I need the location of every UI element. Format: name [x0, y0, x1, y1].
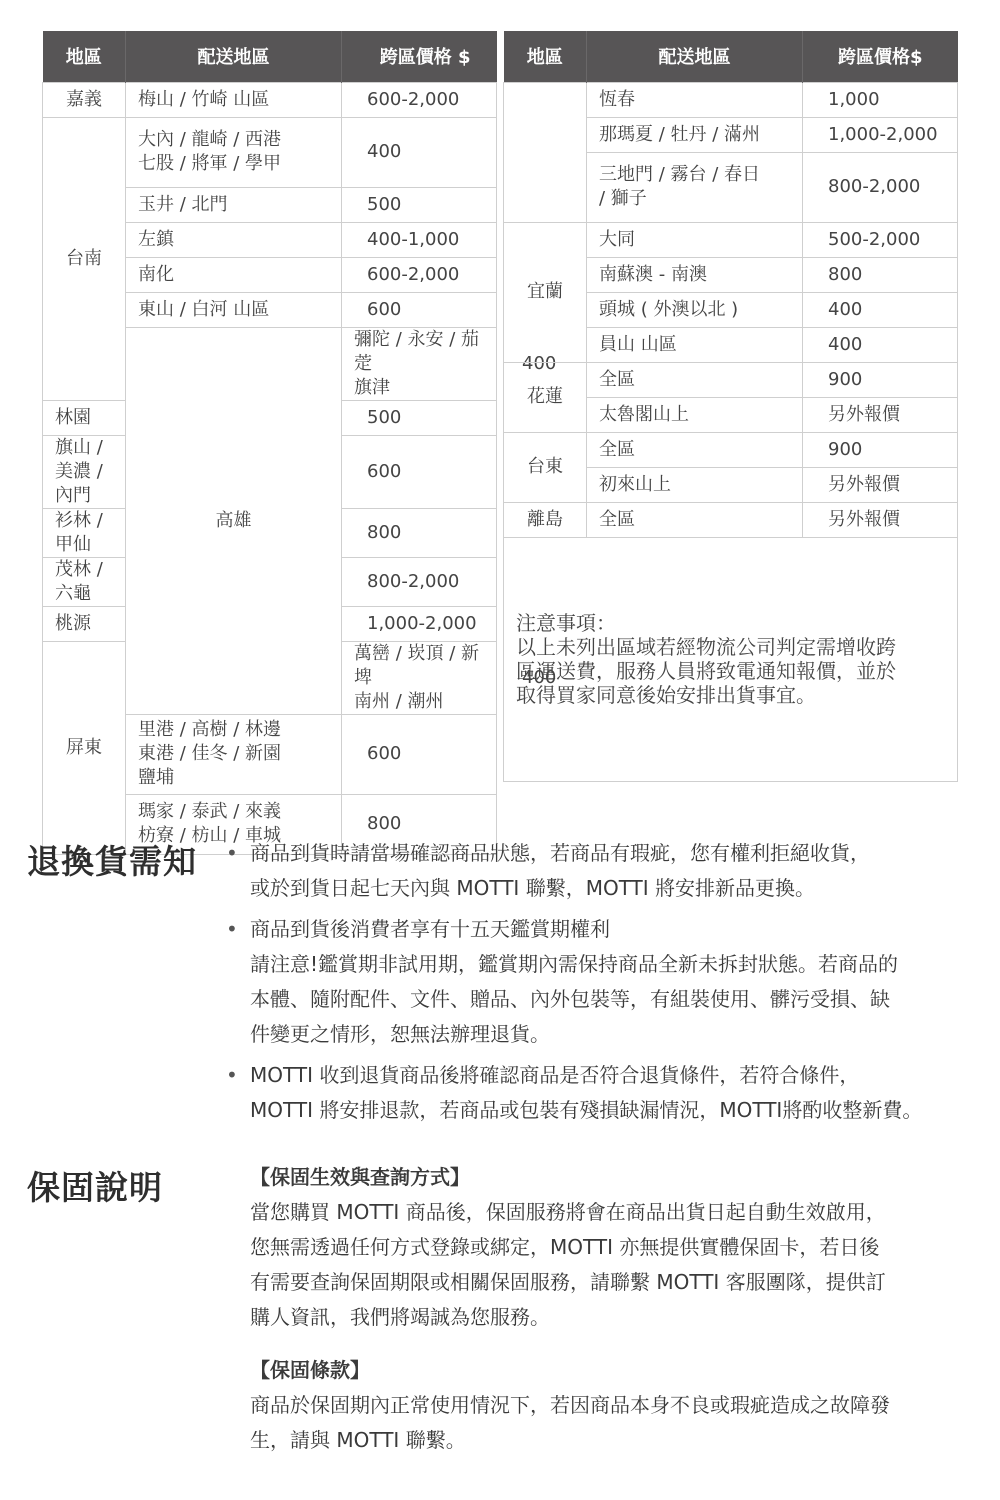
note-title: 注意事項： [516, 611, 945, 635]
warranty-line: 當您購買 MOTTI 商品後，保固服務將會在商品出貨日起自動生效啟用， [250, 1195, 970, 1230]
warranty-line: 您無需透過任何方式登錄或綁定，MOTTI 亦無提供實體保固卡，若日後 [250, 1230, 970, 1265]
price-cell: 900 [803, 362, 958, 397]
returns-line: 商品到貨時請當場確認商品狀態，若商品有瑕疵，您有權利拒絕收貨， [250, 836, 964, 871]
price-cell: 600 [342, 435, 497, 508]
price-cell: 500-2,000 [803, 222, 958, 257]
price-cell: 1,000 [803, 82, 958, 117]
warranty-title: 保固說明 [27, 1162, 163, 1209]
area-line: 員山 山區 [599, 333, 790, 357]
returns-line: 請注意!鑑賞期非試用期，鑑賞期內需保持商品全新未拆封狀態。若商品的 [250, 947, 964, 982]
area-line: 全區 [599, 438, 790, 462]
delivery-area-cell: 初來山上 [587, 467, 803, 502]
region-cell: 屏東 [43, 641, 126, 854]
region-cell: 離島 [504, 502, 587, 537]
region-cell [504, 82, 587, 222]
area-line: 東山 / 白河 山區 [138, 298, 329, 322]
header-region: 地區 [43, 31, 126, 82]
delivery-area-cell: 彌陀 / 永安 / 茄萣旗津 [342, 327, 497, 400]
delivery-area-cell: 恆春 [587, 82, 803, 117]
returns-item: •商品到貨時請當場確認商品狀態，若商品有瑕疵，您有權利拒絕收貨，或於到貨日起七天… [224, 836, 964, 906]
delivery-area-cell: 全區 [587, 362, 803, 397]
area-line: 恆春 [599, 88, 790, 112]
area-line: 大內 / 龍崎 / 西港 [138, 128, 329, 152]
region-cell: 台南 [43, 117, 126, 400]
region-cell: 嘉義 [43, 82, 126, 117]
area-line: / 獅子 [599, 187, 790, 211]
area-line: 衫林 / 甲仙 [55, 509, 113, 557]
price-cell: 400 [342, 117, 497, 187]
warranty-line: 生，請與 MOTTI 聯繫。 [250, 1423, 970, 1458]
delivery-area-cell: 萬巒 / 崁頂 / 新埤南州 / 潮州 [342, 641, 497, 714]
area-line: 大同 [599, 228, 790, 252]
area-line: 桃源 [55, 612, 113, 636]
returns-list: •商品到貨時請當場確認商品狀態，若商品有瑕疵，您有權利拒絕收貨，或於到貨日起七天… [224, 836, 964, 1134]
returns-title: 退換貨需知 [27, 836, 197, 883]
warranty-line: 購人資訊，我們將竭誠為您服務。 [250, 1300, 970, 1335]
delivery-area-cell: 大同 [587, 222, 803, 257]
delivery-area-cell: 衫林 / 甲仙 [43, 508, 126, 557]
warranty-body: 【保固生效與查詢方式】當您購買 MOTTI 商品後，保固服務將會在商品出貨日起自… [250, 1160, 970, 1458]
delivery-area-cell: 玉井 / 北門 [126, 187, 342, 222]
returns-line: 本體、隨附配件、文件、贈品、內外包裝等，有組裝使用、髒污受損、缺 [250, 982, 964, 1017]
header-price: 跨區價格$ [803, 31, 958, 82]
shipping-fee-table-left: 地區 配送地區 跨區價格 $ 嘉義梅山 / 竹崎 山區600-2,000台南大內… [42, 31, 497, 855]
delivery-area-cell: 桃源 [43, 606, 126, 641]
area-line: 頭城 ( 外澳以北 ) [599, 298, 790, 322]
price-cell: 400 [803, 327, 958, 362]
header-region: 地區 [504, 31, 587, 82]
price-cell: 另外報價 [803, 502, 958, 537]
delivery-area-cell: 三地門 / 霧台 / 春日/ 獅子 [587, 152, 803, 222]
price-cell: 600-2,000 [342, 82, 497, 117]
table-row: 花蓮全區900 [504, 362, 958, 397]
price-cell: 900 [803, 432, 958, 467]
price-cell: 800-2,000 [342, 557, 497, 606]
area-line: 瑪家 / 泰武 / 來義 [138, 800, 329, 824]
returns-line: 商品到貨後消費者享有十五天鑑賞期權利 [250, 912, 964, 947]
returns-line: 件變更之情形，恕無法辦理退貨。 [250, 1017, 964, 1052]
area-line: 鹽埔 [138, 766, 329, 790]
delivery-area-cell: 旗山 / 美濃 / 內門 [43, 435, 126, 508]
delivery-area-cell: 林園 [43, 400, 126, 435]
area-line: 太魯閣山上 [599, 403, 790, 427]
table-row: 恆春1,000 [504, 82, 958, 117]
table-row: 宜蘭大同500-2,000 [504, 222, 958, 257]
delivery-area-cell: 左鎮 [126, 222, 342, 257]
header-price: 跨區價格 $ [342, 31, 497, 82]
delivery-area-cell: 南化 [126, 257, 342, 292]
warranty-block: 【保固條款】商品於保固期內正常使用情況下，若因商品本身不良或瑕疵造成之故障發生，… [250, 1353, 970, 1458]
area-line: 玉井 / 北門 [138, 193, 329, 217]
price-cell: 600 [342, 292, 497, 327]
area-line: 南化 [138, 263, 329, 287]
delivery-area-cell: 全區 [587, 432, 803, 467]
delivery-area-cell: 大內 / 龍崎 / 西港七股 / 將軍 / 學甲 [126, 117, 342, 187]
warranty-block: 【保固生效與查詢方式】當您購買 MOTTI 商品後，保固服務將會在商品出貨日起自… [250, 1160, 970, 1335]
table-row: 台南大內 / 龍崎 / 西港七股 / 將軍 / 學甲400 [43, 117, 497, 187]
returns-item: •商品到貨後消費者享有十五天鑑賞期權利請注意!鑑賞期非試用期，鑑賞期內需保持商品… [224, 912, 964, 1052]
returns-line: MOTTI 收到退貨商品後將確認商品是否符合退貨條件，若符合條件， [250, 1058, 964, 1093]
warranty-line: 有需要查詢保固期限或相關保固服務，請聯繫 MOTTI 客服團隊，提供訂 [250, 1265, 970, 1300]
delivery-area-cell: 茂林 / 六龜 [43, 557, 126, 606]
header-delivery-area: 配送地區 [587, 31, 803, 82]
price-cell: 600-2,000 [342, 257, 497, 292]
delivery-area-cell: 東山 / 白河 山區 [126, 292, 342, 327]
shipping-note: 注意事項： 以上未列出區域若經物流公司判定需增收跨 區運送費，服務人員將致電通知… [504, 537, 958, 781]
area-line: 萬巒 / 崁頂 / 新埤 [354, 642, 484, 690]
region-cell: 宜蘭 [504, 222, 587, 362]
area-line: 南蘇澳 - 南澳 [599, 263, 790, 287]
warranty-heading: 【保固條款】 [250, 1353, 970, 1388]
note-line: 取得買家同意後始安排出貨事宜。 [516, 683, 945, 707]
area-line: 旗津 [354, 376, 484, 400]
price-cell: 1,000-2,000 [342, 606, 497, 641]
delivery-area-cell: 梅山 / 竹崎 山區 [126, 82, 342, 117]
returns-line: 或於到貨日起七天內與 MOTTI 聯繫，MOTTI 將安排新品更換。 [250, 871, 964, 906]
price-cell: 500 [342, 400, 497, 435]
returns-line: MOTTI 將安排退款，若商品或包裝有殘損缺漏情況，MOTTI將酌收整新費。 [250, 1093, 964, 1128]
area-line: 全區 [599, 508, 790, 532]
delivery-area-cell: 南蘇澳 - 南澳 [587, 257, 803, 292]
price-cell: 800 [342, 508, 497, 557]
price-cell: 1,000-2,000 [803, 117, 958, 152]
area-line: 初來山上 [599, 473, 790, 497]
warranty-line: 商品於保固期內正常使用情況下，若因商品本身不良或瑕疵造成之故障發 [250, 1388, 970, 1423]
price-cell: 另外報價 [803, 397, 958, 432]
area-line: 那瑪夏 / 牡丹 / 滿州 [599, 123, 790, 147]
header-delivery-area: 配送地區 [126, 31, 342, 82]
area-line: 里港 / 高樹 / 林邊 [138, 718, 329, 742]
warranty-heading: 【保固生效與查詢方式】 [250, 1160, 970, 1195]
price-cell: 另外報價 [803, 467, 958, 502]
delivery-area-cell: 全區 [587, 502, 803, 537]
note-line: 以上未列出區域若經物流公司判定需增收跨 [516, 635, 945, 659]
shipping-fee-table-right: 地區 配送地區 跨區價格$ 恆春1,000那瑪夏 / 牡丹 / 滿州1,000-… [503, 31, 958, 782]
price-cell: 800-2,000 [803, 152, 958, 222]
price-cell: 600 [342, 714, 497, 794]
region-cell: 花蓮 [504, 362, 587, 432]
area-line: 彌陀 / 永安 / 茄萣 [354, 328, 484, 376]
area-line: 旗山 / 美濃 / 內門 [55, 436, 113, 508]
region-cell: 高雄 [126, 327, 342, 714]
bullet-icon: • [226, 836, 238, 871]
note-line: 區運送費，服務人員將致電通知報價，並於 [516, 659, 945, 683]
delivery-area-cell: 太魯閣山上 [587, 397, 803, 432]
area-line: 七股 / 將軍 / 學甲 [138, 152, 329, 176]
area-line: 茂林 / 六龜 [55, 558, 113, 606]
price-cell: 500 [342, 187, 497, 222]
bullet-icon: • [226, 912, 238, 947]
region-cell: 台東 [504, 432, 587, 502]
area-line: 南州 / 潮州 [354, 690, 484, 714]
bullet-icon: • [226, 1058, 238, 1093]
area-line: 全區 [599, 368, 790, 392]
returns-item: •MOTTI 收到退貨商品後將確認商品是否符合退貨條件，若符合條件，MOTTI … [224, 1058, 964, 1128]
price-cell: 400-1,000 [342, 222, 497, 257]
area-line: 三地門 / 霧台 / 春日 [599, 163, 790, 187]
area-line: 梅山 / 竹崎 山區 [138, 88, 329, 112]
price-cell: 800 [803, 257, 958, 292]
area-line: 左鎮 [138, 228, 329, 252]
delivery-area-cell: 員山 山區 [587, 327, 803, 362]
table-row: 離島全區另外報價 [504, 502, 958, 537]
delivery-area-cell: 頭城 ( 外澳以北 ) [587, 292, 803, 327]
delivery-area-cell: 那瑪夏 / 牡丹 / 滿州 [587, 117, 803, 152]
price-cell: 400 [803, 292, 958, 327]
delivery-area-cell: 里港 / 高樹 / 林邊東港 / 佳冬 / 新園鹽埔 [126, 714, 342, 794]
area-line: 東港 / 佳冬 / 新園 [138, 742, 329, 766]
table-row: 嘉義梅山 / 竹崎 山區600-2,000 [43, 82, 497, 117]
area-line: 林園 [55, 406, 113, 430]
table-row: 台東全區900 [504, 432, 958, 467]
